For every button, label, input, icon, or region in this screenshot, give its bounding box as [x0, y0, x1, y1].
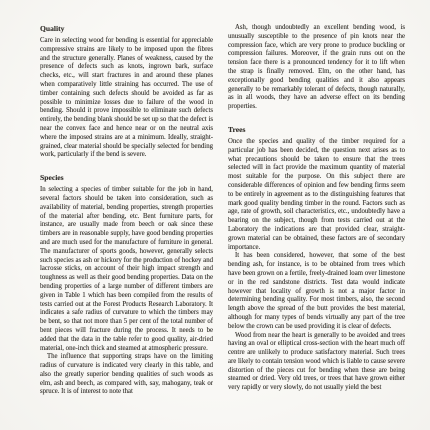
section-heading-quality: Quality	[40, 24, 213, 33]
section-heading-trees: Trees	[228, 125, 405, 134]
paragraph-trees-1: Once the species and quality of the timb…	[228, 138, 405, 252]
paragraph-species-2: The influence that supporting straps hav…	[40, 353, 213, 397]
book-page: Quality Care in selecting wood for bendi…	[0, 0, 430, 430]
paragraph-ash: Ash, though undoubtedly an excellent ben…	[228, 24, 405, 112]
right-column: Ash, though undoubtedly an excellent ben…	[228, 24, 405, 430]
paragraph-species-1: In selecting a species of timber suitabl…	[40, 186, 213, 353]
paragraph-trees-3: Wood from near the heart is generally to…	[228, 332, 405, 394]
paragraph-trees-2: It has been considered, however, that so…	[228, 252, 405, 331]
section-heading-species: Species	[40, 173, 213, 182]
paragraph-quality: Care in selecting wood for bending is es…	[40, 37, 213, 160]
left-column: Quality Care in selecting wood for bendi…	[40, 24, 213, 430]
